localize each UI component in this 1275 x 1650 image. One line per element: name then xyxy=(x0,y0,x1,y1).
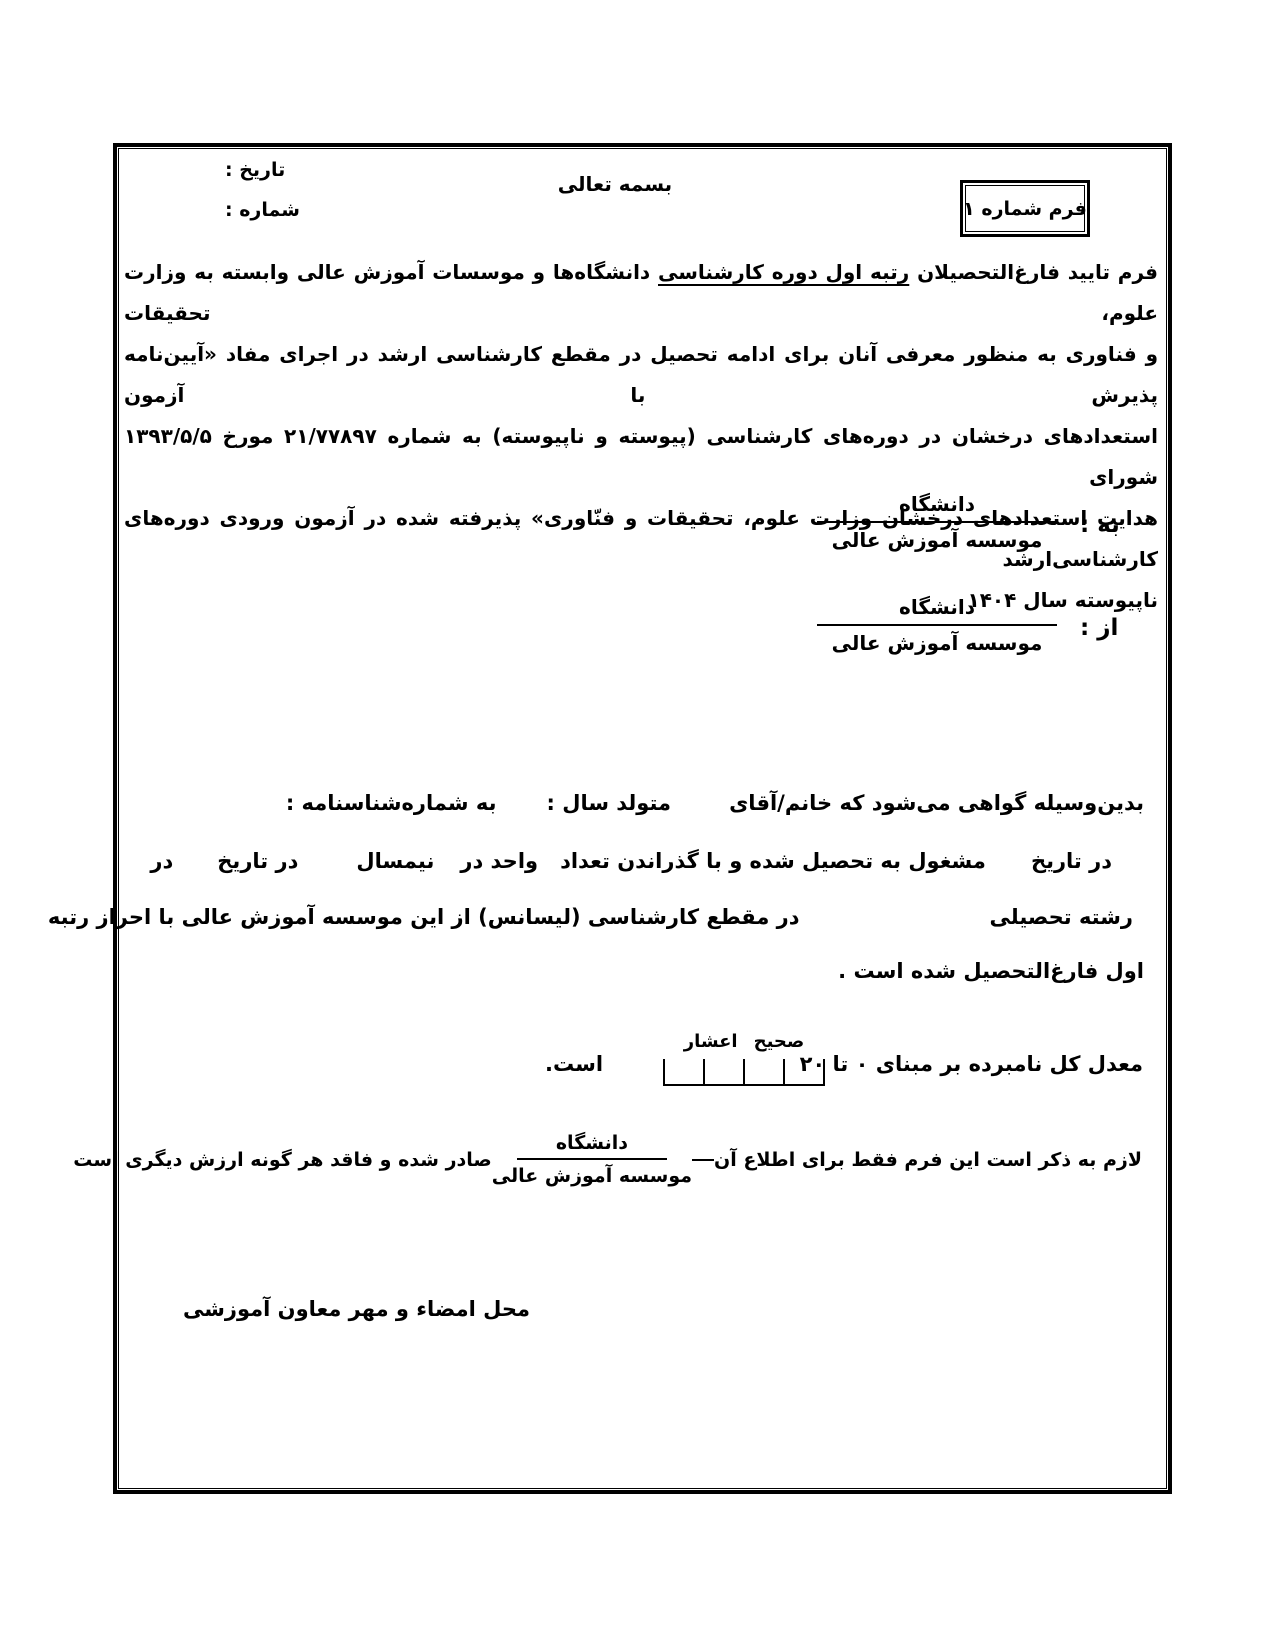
date-label: تاریخ : xyxy=(225,150,315,190)
certify-line-4: اول فارغ‌التحصیل شده است . xyxy=(838,959,1144,983)
signature-stamp-label: محل امضاء و مهر معاون آموزشی xyxy=(255,1297,530,1321)
besmellah-title: بسمه تعالی xyxy=(545,172,685,196)
units-label: واحد در xyxy=(460,849,538,873)
first-rank-text: اول فارغ‌التحصیل شده است . xyxy=(838,959,1144,983)
note-institute-option: موسسه آموزش عالی xyxy=(492,1160,692,1187)
note-university-fraction: دانشگاه موسسه آموزش عالی xyxy=(492,1132,692,1187)
intro-paragraph: فرم تایید فارغ‌التحصیلان رتبه اول دوره ک… xyxy=(124,252,1158,621)
gpa-sentence: معدل کل نامبرده بر مبنای ۰ تا ۲۰ xyxy=(800,1052,1143,1076)
note-text-start: لازم به ذکر است این فرم فقط برای اطلاع آ… xyxy=(714,1149,1142,1171)
degree-text: در مقطع کارشناسی (لیسانس) از این موسسه آ… xyxy=(48,905,800,929)
certify-intro-text: بدین‌وسیله گواهی می‌شود که خانم/آقای xyxy=(729,791,1144,815)
form-number-text: فرم شماره ۱ xyxy=(965,185,1085,232)
header-meta: تاریخ : شماره : xyxy=(225,150,315,230)
to-university-fraction: دانشگاه موسسه آموزش عالی xyxy=(803,492,1071,552)
to-institute-option: موسسه آموزش عالی xyxy=(832,523,1043,552)
birth-year-label: متولد سال : xyxy=(547,791,672,815)
intro-line-1: فرم تایید فارغ‌التحصیلان رتبه اول دوره ک… xyxy=(124,252,1158,334)
from-university-fraction: دانشگاه موسسه آموزش عالی xyxy=(803,595,1071,655)
gpa-box-tick xyxy=(663,1059,665,1084)
grad-date-label: در تاریخ xyxy=(217,849,298,873)
intro-line-1-pre: فرم تایید فارغ‌التحصیلان xyxy=(909,260,1158,284)
certify-line-1: بدین‌وسیله گواهی می‌شود که خانم/آقای متو… xyxy=(286,791,1144,815)
id-number-label: به شماره‌شناسنامه : xyxy=(286,791,497,815)
enroll-date-label: در تاریخ xyxy=(1031,849,1112,873)
gpa-box-tick xyxy=(823,1059,825,1084)
major-label: رشته تحصیلی xyxy=(990,905,1133,929)
form-number-badge: فرم شماره ۱ xyxy=(960,180,1090,237)
from-institute-option: موسسه آموزش عالی xyxy=(832,626,1043,655)
to-university-option: دانشگاه xyxy=(817,492,1057,523)
number-label: شماره : xyxy=(225,190,315,230)
study-text: مشغول به تحصیل شده و با گذراندن تعداد xyxy=(560,849,986,873)
form-page: تاریخ : شماره : بسمه تعالی فرم شماره ۱ ف… xyxy=(0,0,1275,1650)
in-label: در xyxy=(150,849,173,873)
gpa-suffix: است. xyxy=(545,1052,603,1076)
gpa-box-tick xyxy=(703,1059,705,1084)
to-label: به : xyxy=(1080,512,1144,538)
note-university-option: دانشگاه xyxy=(517,1132,667,1160)
gpa-decimal-label: اعشار xyxy=(684,1031,738,1052)
note-text-end: صادر شده و فاقد هر گونه ارزش دیگری است xyxy=(73,1149,491,1171)
certify-line-2: در تاریخ مشغول به تحصیل شده و با گذراندن… xyxy=(150,849,1112,873)
validity-note: لازم به ذکر است این فرم فقط برای اطلاع آ… xyxy=(73,1132,1142,1187)
intro-line-2: و فناوری به منظور معرفی آنان برای ادامه … xyxy=(124,334,1158,416)
intro-line-1-underlined: رتبه اول دوره کارشناسی xyxy=(658,260,909,284)
intro-line-3: استعدادهای درخشان در دوره‌های کارشناسی (… xyxy=(124,416,1158,498)
certify-line-3: رشته تحصیلی در مقطع کارشناسی (لیسانس) از… xyxy=(48,905,1133,929)
gpa-integer-label: صحیح xyxy=(754,1031,805,1052)
gpa-box-tick xyxy=(783,1059,785,1084)
gpa-box-tick xyxy=(743,1059,745,1084)
semester-label: نیمسال xyxy=(356,849,434,873)
from-university-option: دانشگاه xyxy=(817,595,1057,626)
gpa-digit-boxes xyxy=(663,1056,825,1086)
gpa-box-labels: صحیح اعشار xyxy=(663,1031,825,1052)
from-label: از : xyxy=(1080,615,1144,641)
note-connector-line xyxy=(692,1159,714,1161)
